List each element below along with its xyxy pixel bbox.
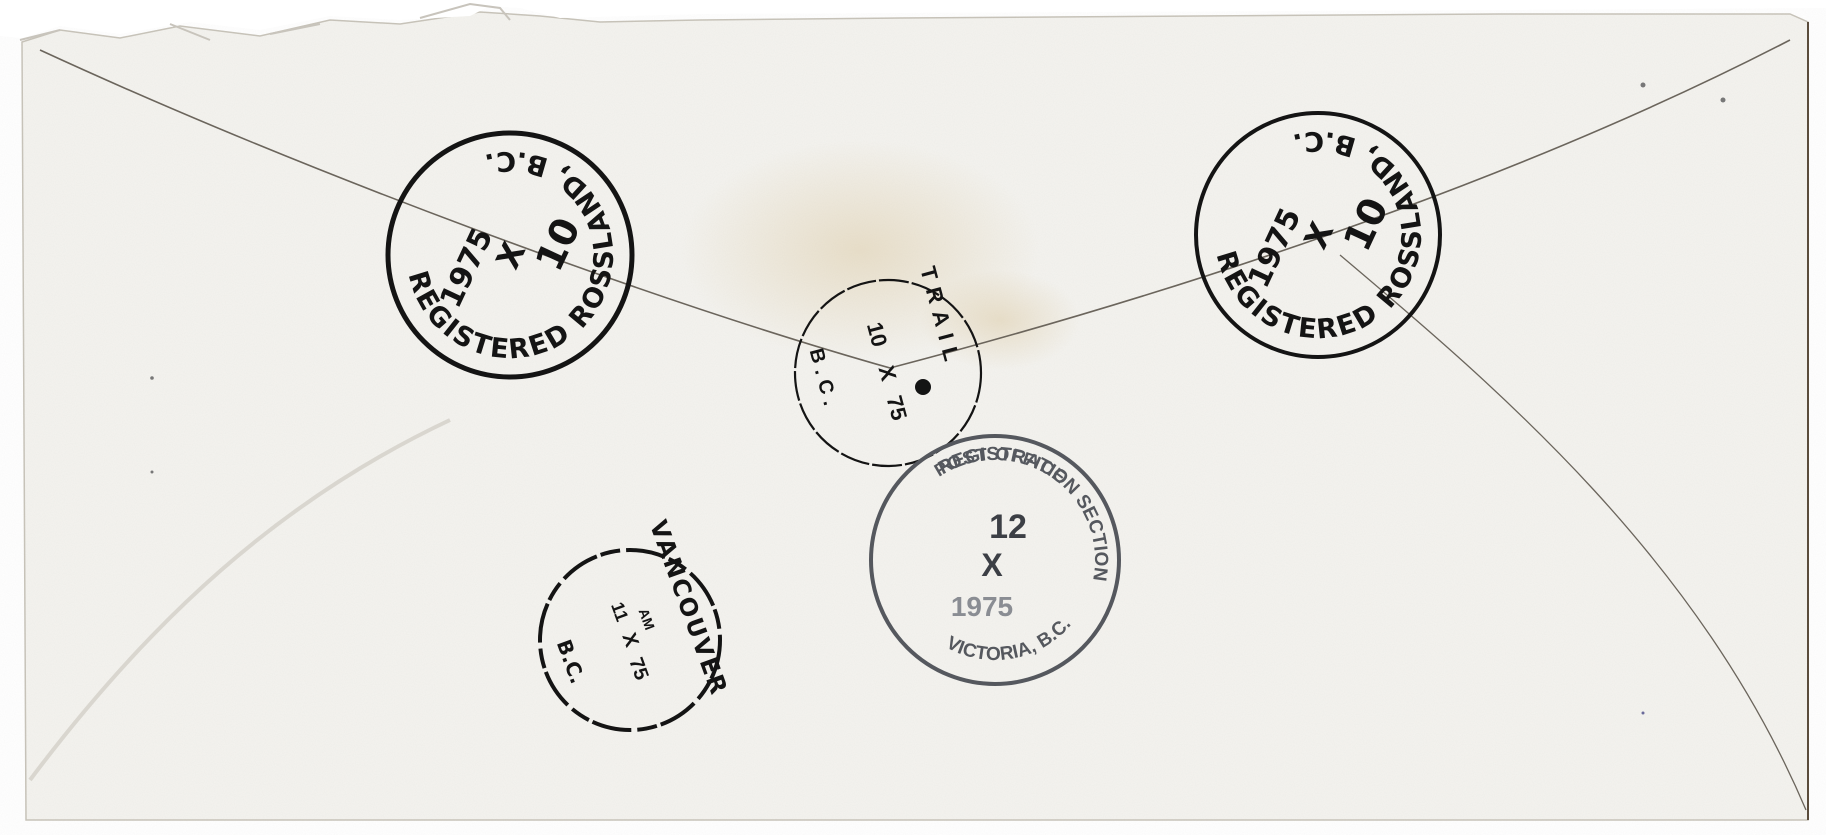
envelope xyxy=(0,0,1826,835)
svg-text:12: 12 xyxy=(989,508,1027,546)
trail-dot xyxy=(915,379,931,395)
svg-text:1975: 1975 xyxy=(951,591,1013,622)
envelope-back-scene: REGISTERED ROSSLAND, B.C. 1975 X 10 REGI… xyxy=(0,0,1826,835)
svg-text:X: X xyxy=(981,547,1003,583)
